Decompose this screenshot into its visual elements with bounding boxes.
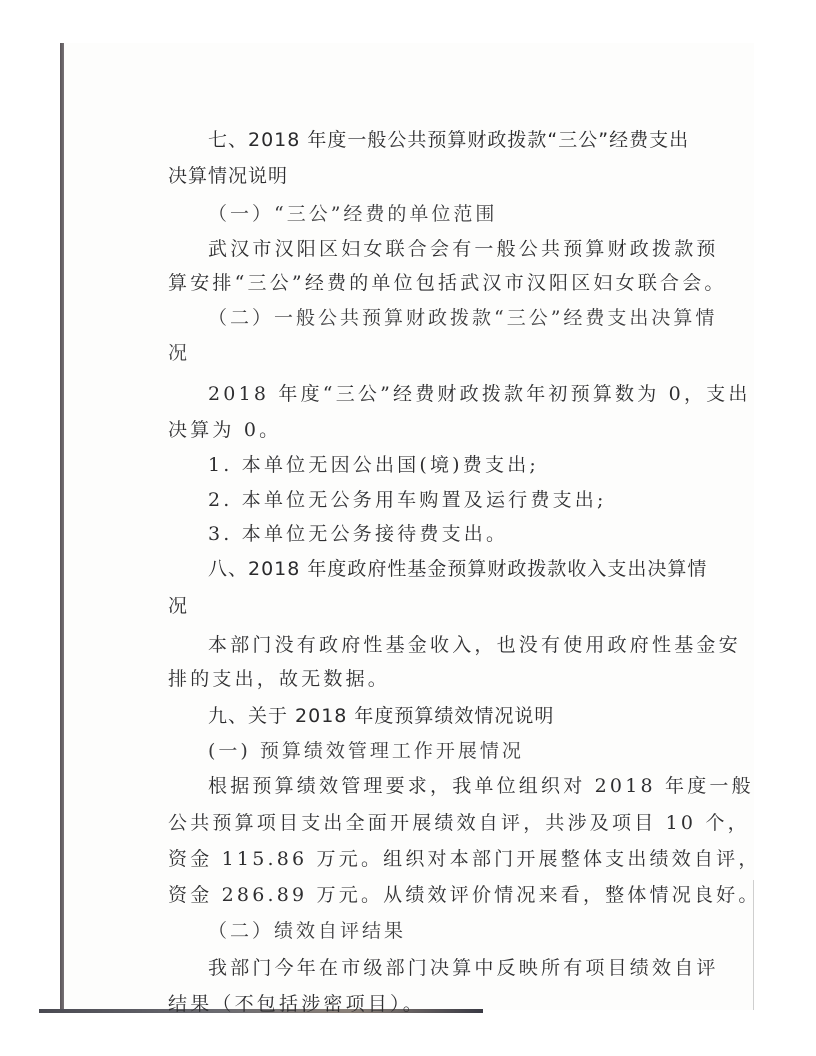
paragraph-line: 决算为 0。 — [168, 418, 281, 442]
paragraph-line: 资金 286.89 万元。从绩效评价情况来看，整体情况良好。 — [168, 883, 761, 907]
paragraph-line: 我部门今年在市级部门决算中反映所有项目绩效自评 — [208, 956, 719, 980]
section-7-2-heading-line-2: 况 — [168, 341, 190, 365]
paragraph-line: 武汉市汉阳区妇女联合会有一般公共预算财政拨款预 — [208, 237, 719, 261]
section-7-title-line-1: 七、2018 年度一般公共预算财政拨款“三公”经费支出 — [208, 128, 689, 152]
scan-left-edge — [60, 43, 64, 1013]
section-8-title-line-2: 况 — [168, 594, 188, 618]
section-7-title-line-2: 决算情况说明 — [168, 164, 288, 188]
paragraph-line: 公共预算项目支出全面开展绩效自评，共涉及项目 10 个， — [168, 811, 750, 835]
paragraph-line: 排的支出，故无数据。 — [168, 667, 390, 691]
section-9-title: 九、关于 2018 年度预算绩效情况说明 — [208, 704, 554, 728]
list-item: 1. 本单位无因公出国(境)费支出; — [208, 453, 539, 477]
section-7-1-heading: （一）“三公”经费的单位范围 — [208, 202, 497, 226]
section-8-title-line-1: 八、2018 年度政府性基金预算财政拨款收入支出决算情 — [208, 557, 707, 581]
section-9-2-heading: （二）绩效自评结果 — [208, 919, 406, 943]
paragraph-line: 结果（不包括涉密项目）。 — [168, 992, 425, 1016]
section-7-2-heading-line-1: （二）一般公共预算财政拨款“三公”经费支出决算情 — [208, 306, 717, 330]
paragraph-line: 2018 年度“三公”经费财政拨款年初预算数为 0，支出 — [208, 382, 751, 406]
paragraph-line: 本部门没有政府性基金收入，也没有使用政府性基金安 — [208, 633, 741, 657]
paragraph-line: 根据预算绩效管理要求，我单位组织对 2018 年度一般 — [208, 774, 754, 798]
section-9-1-heading: (一) 预算绩效管理工作开展情况 — [208, 739, 524, 763]
paragraph-line: 资金 115.86 万元。组织对本部门开展整体支出绩效自评， — [168, 847, 761, 871]
list-item: 2. 本单位无公务用车购置及运行费支出; — [208, 488, 607, 512]
list-item: 3. 本单位无公务接待费支出。 — [208, 522, 508, 546]
paragraph-line: 算安排“三公”经费的单位包括武汉市汉阳区妇女联合会。 — [168, 271, 727, 295]
